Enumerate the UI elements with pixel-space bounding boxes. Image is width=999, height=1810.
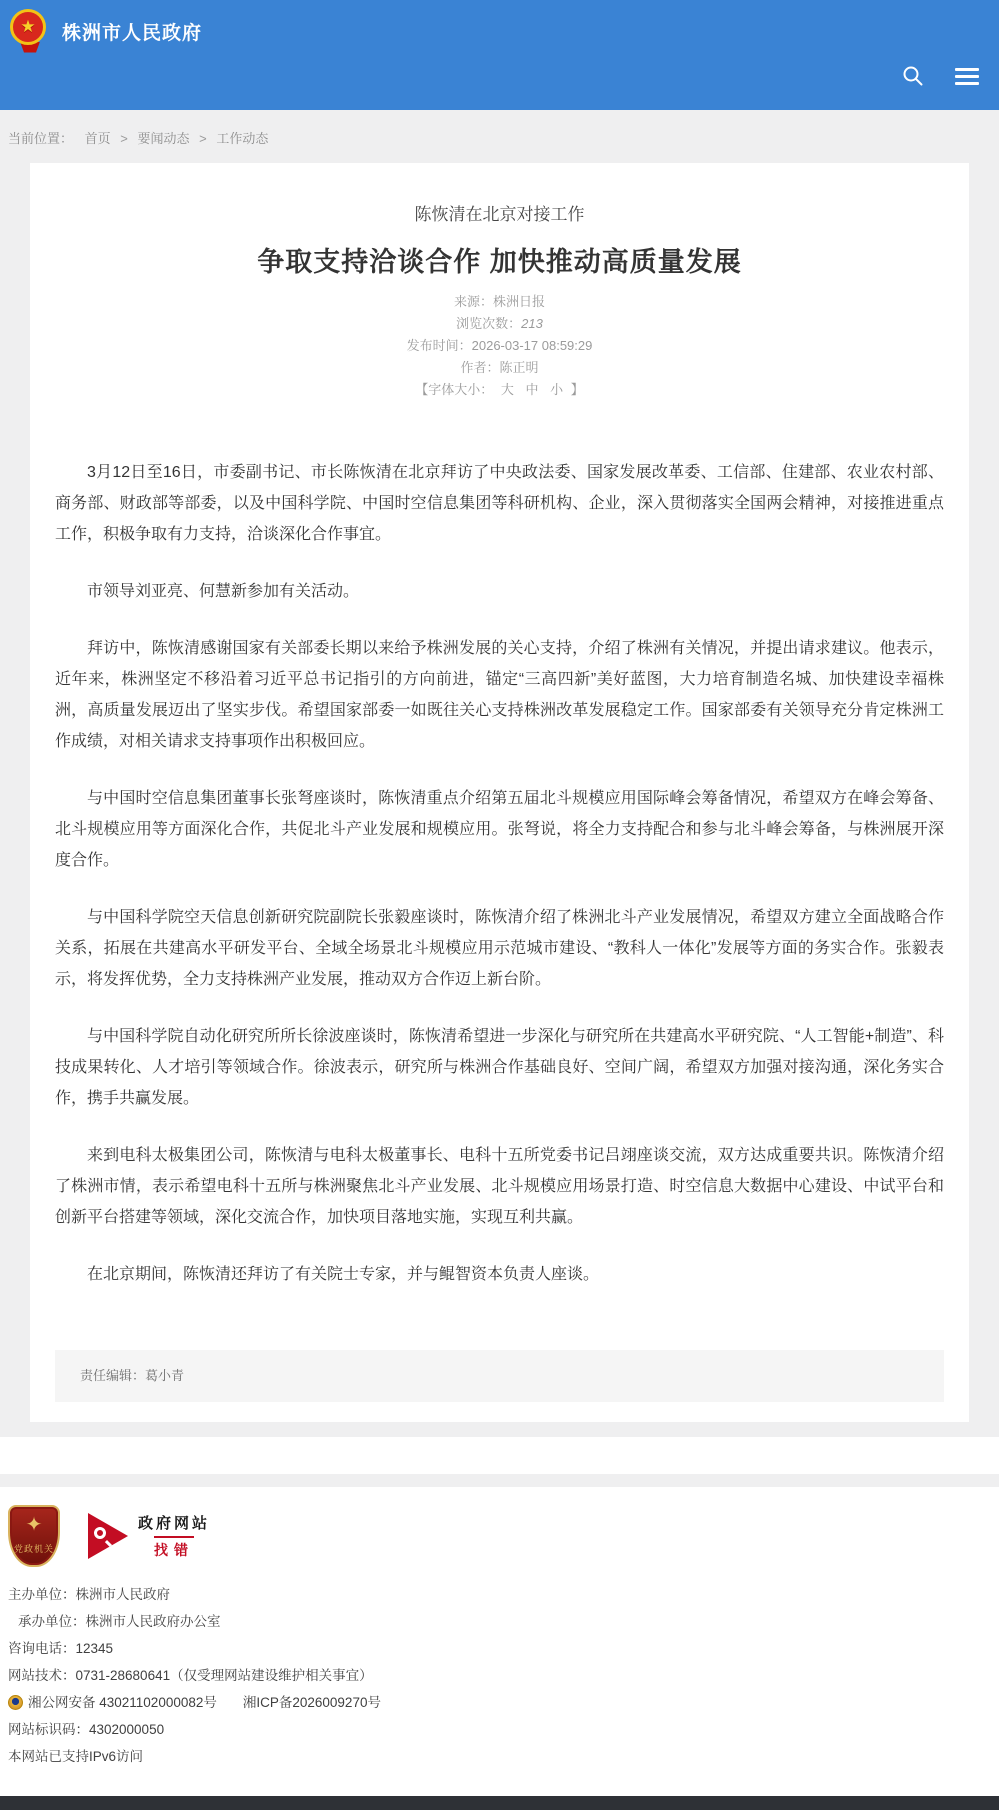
article-title: 争取支持洽谈合作 加快推动高质量发展 xyxy=(55,243,944,281)
footer-label: 网站技术： xyxy=(8,1662,76,1689)
footer-value: 4302000050 xyxy=(89,1716,164,1743)
breadcrumb-separator: > xyxy=(199,131,207,146)
site-title: 株洲市人民政府 xyxy=(62,18,202,45)
party-gov-org-badge[interactable]: ✦ 党政机关 xyxy=(8,1505,60,1567)
article-paragraph: 来到电科太极集团公司，陈恢清与电科太极董事长、电科十五所党委书记吕翊座谈交流，双… xyxy=(55,1140,944,1233)
header-logo-row: ★ 株洲市人民政府 xyxy=(0,0,999,55)
meta-author-label: 作者： xyxy=(460,360,499,375)
footer-value: 12345 xyxy=(76,1635,114,1662)
footer-value: 株洲市人民政府 xyxy=(76,1581,171,1608)
editor-name: 葛小青 xyxy=(145,1368,184,1383)
meta-views-label: 浏览次数： xyxy=(456,316,521,331)
breadcrumb: 当前位置： 首页 > 要闻动态 > 工作动态 xyxy=(0,110,999,163)
breadcrumb-item-news[interactable]: 要闻动态 xyxy=(138,131,190,146)
meta-publish-time: 发布时间：2026-03-17 08:59:29 xyxy=(55,335,944,357)
article-paragraph: 在北京期间，陈恢清还拜访了有关院士专家，并与鲲智资本负责人座谈。 xyxy=(55,1259,944,1290)
footer-ipv6-text: 本网站已支持IPv6访问 xyxy=(8,1743,143,1770)
breadcrumb-label: 当前位置： xyxy=(8,131,73,146)
footer-value: 株洲市人民政府办公室 xyxy=(86,1608,221,1635)
article-paragraph: 拜访中，陈恢清感谢国家有关部委长期以来给予株洲发展的关心支持，介绍了株洲有关情况… xyxy=(55,633,944,757)
footer-line-undertaker: 承办单位：株洲市人民政府办公室 xyxy=(8,1608,991,1635)
bottom-dark-bar xyxy=(0,1796,999,1810)
search-icon[interactable] xyxy=(899,62,927,90)
footer-label: 承办单位： xyxy=(18,1608,86,1635)
footer-line-tech: 网站技术：0731-28680641（仅受理网站建设维护相关事宜） xyxy=(8,1662,991,1689)
site-header: ★ 株洲市人民政府 xyxy=(0,0,999,110)
editor-box: 责任编辑：葛小青 xyxy=(55,1350,944,1402)
error-report-text: 政府网站 找错 xyxy=(138,1512,210,1560)
website-error-report-badge[interactable]: 政府网站 找错 xyxy=(82,1510,216,1562)
emblem-star-icon: ★ xyxy=(20,18,35,35)
font-size-medium-button[interactable]: 中 xyxy=(525,382,538,397)
footer-line-beian: 湘公网安备 43021102000082号 湘ICP备2026009270号 xyxy=(8,1689,991,1716)
meta-views-value: 213 xyxy=(521,316,543,331)
footer-line-hotline: 咨询电话：12345 xyxy=(8,1635,991,1662)
emblem-circle: ★ xyxy=(10,9,46,45)
breadcrumb-item-work-news[interactable]: 工作动态 xyxy=(216,131,268,146)
error-report-line1: 政府网站 xyxy=(138,1512,210,1533)
font-size-small-button[interactable]: 小 xyxy=(550,382,563,397)
article-subtitle: 陈恢清在北京对接工作 xyxy=(55,203,944,227)
party-gov-emblem-icon: ✦ xyxy=(26,1515,43,1535)
font-size-label: 【字体大小： xyxy=(415,382,493,397)
police-badge-icon xyxy=(8,1695,23,1710)
meta-publish-label: 发布时间： xyxy=(407,338,472,353)
meta-source: 来源：株洲日报 xyxy=(55,291,944,313)
font-size-controls: 【字体大小： 大 中 小 】 xyxy=(55,379,944,401)
footer-value: 0731-28680641（仅受理网站建设维护相关事宜） xyxy=(76,1662,373,1689)
article-paragraph: 市领导刘亚亮、何慧新参加有关活动。 xyxy=(55,576,944,607)
party-gov-badge-label: 党政机关 xyxy=(14,1542,54,1555)
article-card: 陈恢清在北京对接工作 争取支持洽谈合作 加快推动高质量发展 来源：株洲日报 浏览… xyxy=(30,163,969,1422)
footer-label: 咨询电话： xyxy=(8,1635,76,1662)
footer-info: 主办单位：株洲市人民政府 承办单位：株洲市人民政府办公室 咨询电话：12345 … xyxy=(8,1581,991,1770)
national-emblem-icon[interactable]: ★ xyxy=(10,9,50,55)
meta-source-label: 来源： xyxy=(454,294,493,309)
editor-label: 责任编辑： xyxy=(80,1368,145,1383)
footer-label: 主办单位： xyxy=(8,1581,76,1608)
breadcrumb-item-home[interactable]: 首页 xyxy=(85,131,111,146)
article-meta: 来源：株洲日报 浏览次数：213 发布时间：2026-03-17 08:59:2… xyxy=(55,291,944,401)
article-paragraph: 与中国科学院空天信息创新研究院副院长张毅座谈时，陈恢清介绍了株洲北斗产业发展情况… xyxy=(55,902,944,995)
meta-source-value: 株洲日报 xyxy=(493,294,545,309)
meta-views: 浏览次数：213 xyxy=(55,313,944,335)
meta-author-value: 陈正明 xyxy=(500,360,539,375)
meta-publish-value: 2026-03-17 08:59:29 xyxy=(472,338,593,353)
footer-links-bar xyxy=(0,1437,999,1474)
breadcrumb-separator: > xyxy=(120,131,128,146)
icp-beian-link[interactable]: 湘ICP备2026009270号 xyxy=(243,1689,381,1716)
hamburger-menu-icon[interactable] xyxy=(953,62,981,90)
font-size-large-button[interactable]: 大 xyxy=(501,382,514,397)
footer-line-site-code: 网站标识码：4302000050 xyxy=(8,1716,991,1743)
font-size-label-suffix: 】 xyxy=(571,382,584,397)
gongan-beian-link[interactable]: 湘公网安备 43021102000082号 xyxy=(28,1689,217,1716)
meta-author: 作者：陈正明 xyxy=(55,357,944,379)
footer-badges: ✦ 党政机关 政府网站 找错 xyxy=(8,1501,991,1581)
article-paragraph: 与中国时空信息集团董事长张弩座谈时，陈恢清重点介绍第五届北斗规模应用国际峰会筹备… xyxy=(55,783,944,876)
article-paragraph: 与中国科学院自动化研究所所长徐波座谈时，陈恢清希望进一步深化与研究所在共建高水平… xyxy=(55,1021,944,1114)
footer-label: 网站标识码： xyxy=(8,1716,89,1743)
header-nav-row xyxy=(899,62,981,90)
footer-line-ipv6: 本网站已支持IPv6访问 xyxy=(8,1743,991,1770)
error-report-line2: 找错 xyxy=(154,1536,194,1560)
site-footer: ✦ 党政机关 政府网站 找错 主办单位：株洲市人民政府 承办单位：株洲市人民政府… xyxy=(0,1487,999,1796)
footer-line-organizer: 主办单位：株洲市人民政府 xyxy=(8,1581,991,1608)
article-body: 3月12日至16日，市委副书记、市长陈恢清在北京拜访了中央政法委、国家发展改革委… xyxy=(55,457,944,1290)
error-report-magnifier-icon xyxy=(88,1513,128,1559)
article-paragraph: 3月12日至16日，市委副书记、市长陈恢清在北京拜访了中央政法委、国家发展改革委… xyxy=(55,457,944,550)
